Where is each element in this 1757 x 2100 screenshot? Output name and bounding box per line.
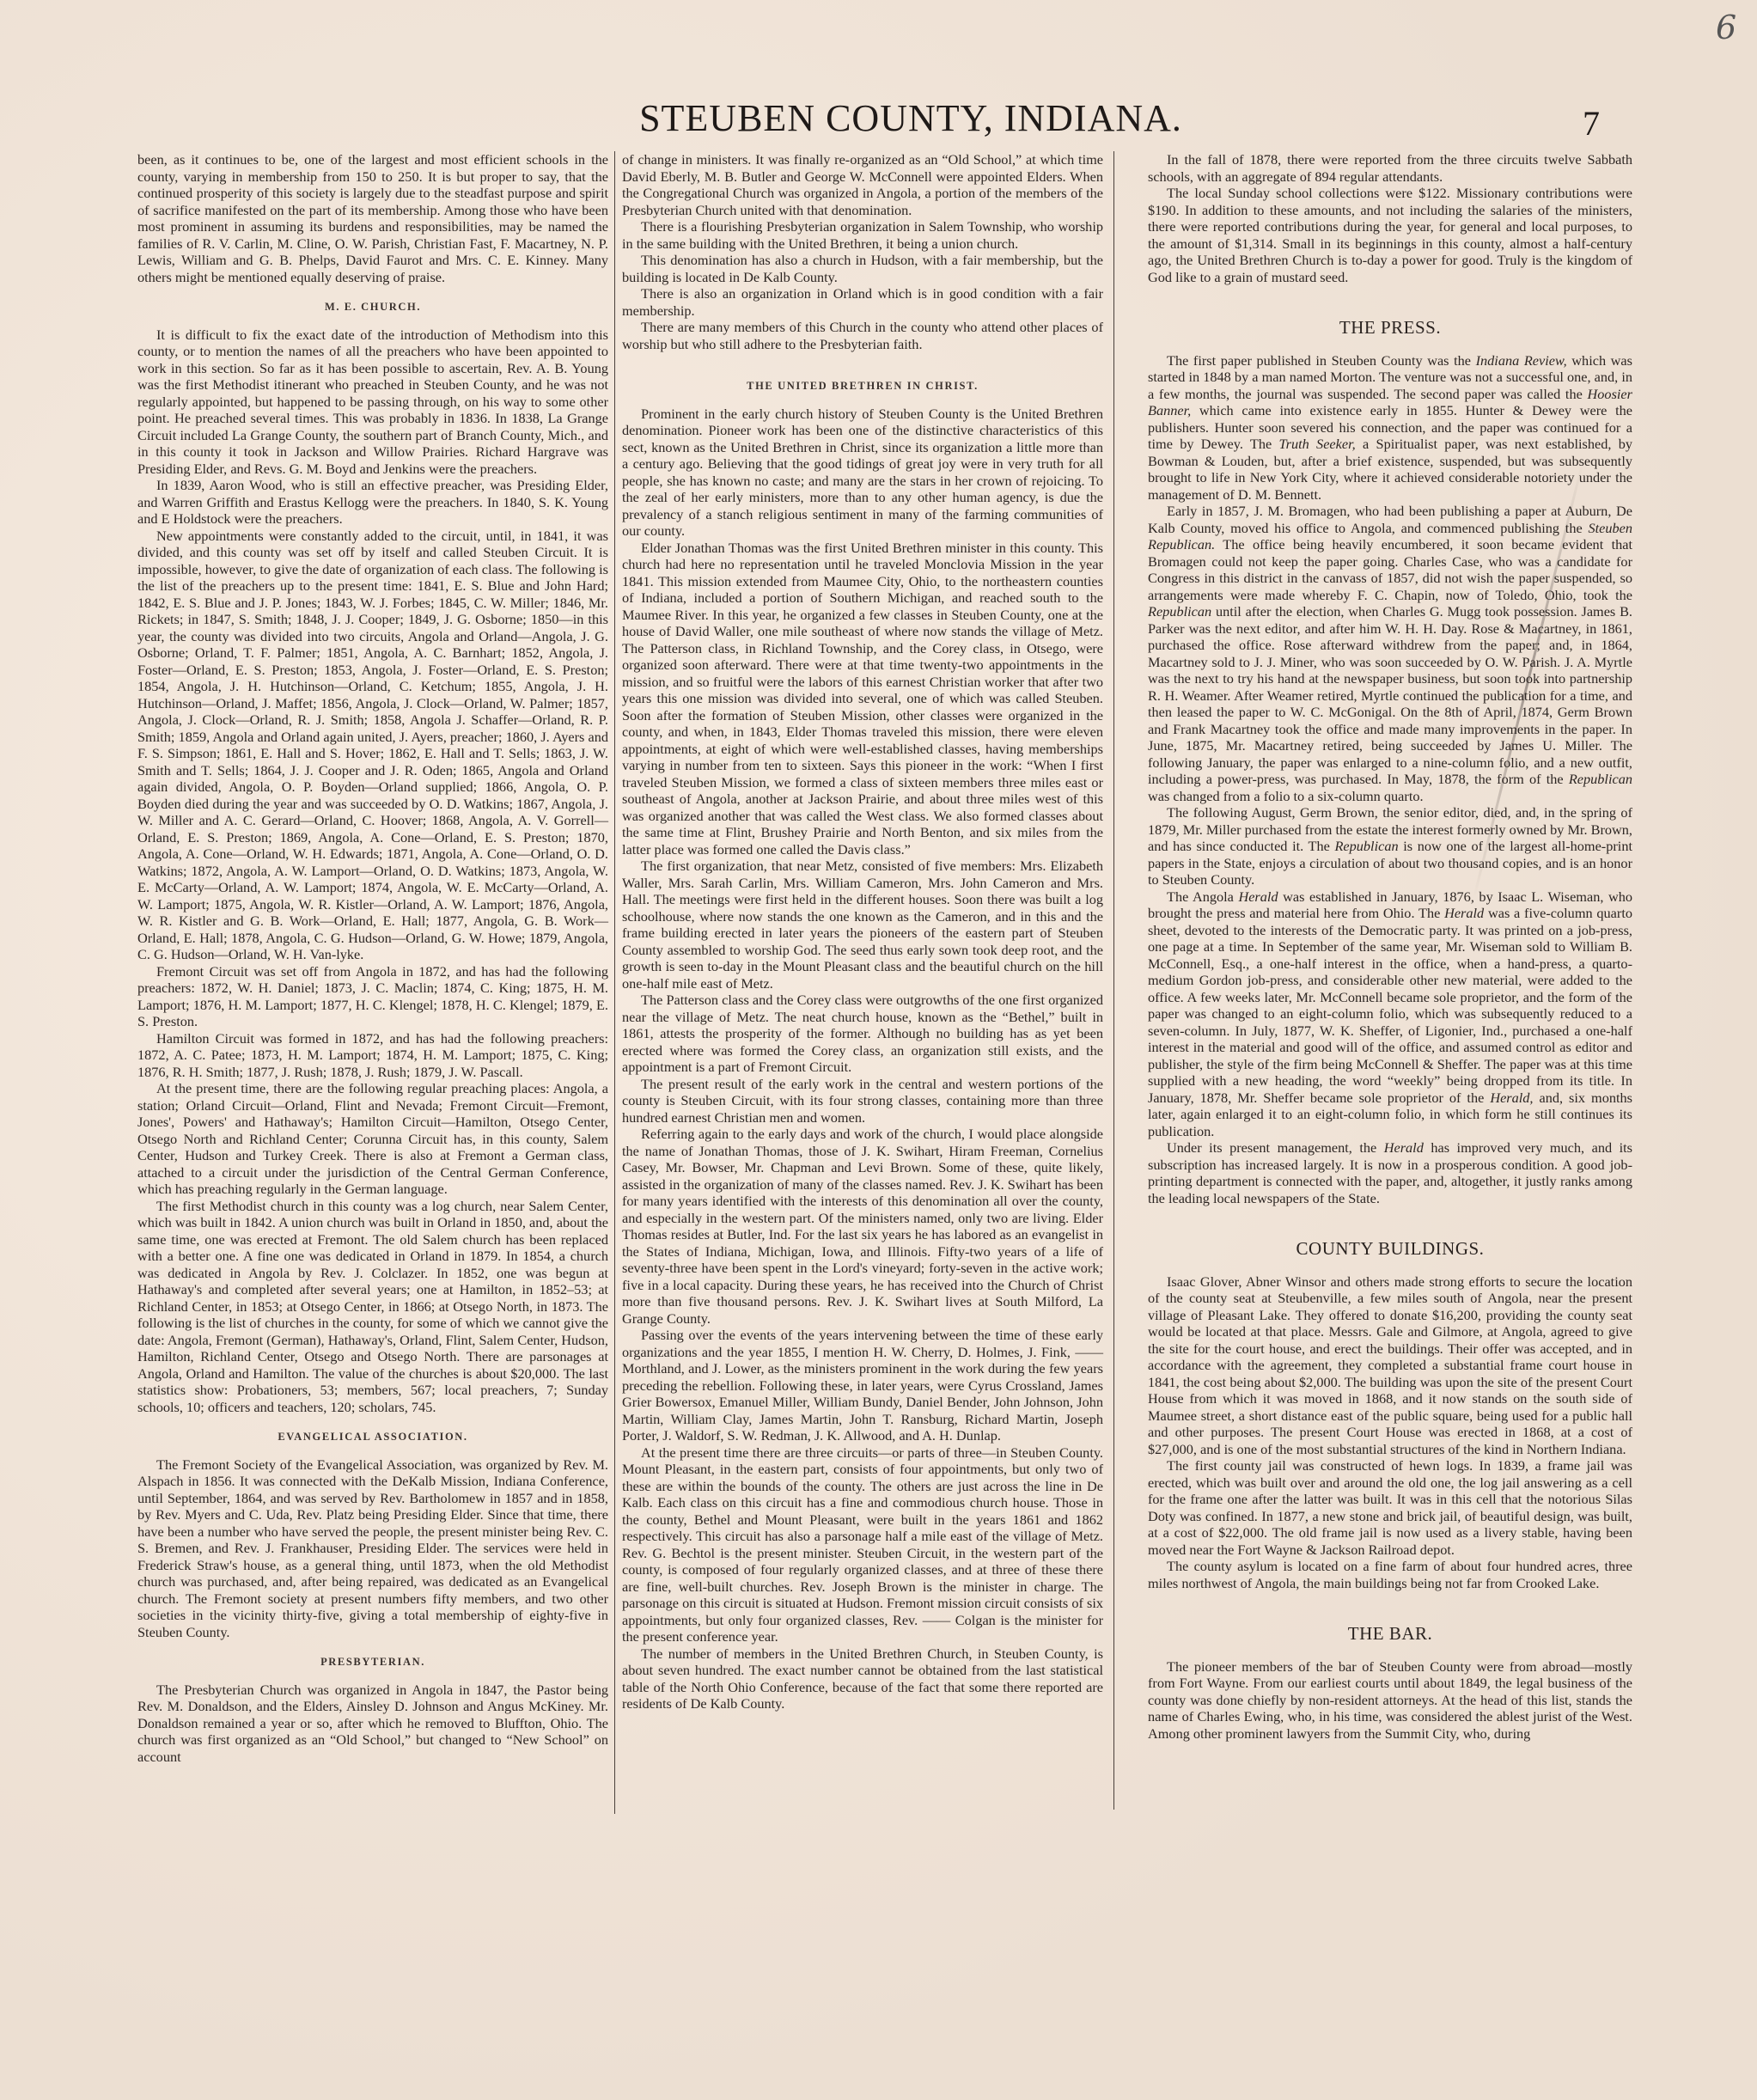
newspaper-title: Republican: [1569, 771, 1632, 787]
newspaper-title: Herald: [1384, 1139, 1424, 1156]
newspaper-title: Republican: [1334, 838, 1398, 854]
column-2: of change in ministers. It was finally r…: [622, 151, 1103, 1712]
paragraph: Hamilton Circuit was formed in 1872, and…: [137, 1030, 608, 1081]
page-header: STEUBEN COUNTY, INDIANA. 7: [0, 96, 1757, 148]
paragraph: The Fremont Society of the Evangelical A…: [137, 1456, 608, 1641]
paragraph: There is a flourishing Presbyterian orga…: [622, 218, 1103, 252]
paragraph: The first county jail was constructed of…: [1148, 1457, 1632, 1558]
paragraph: The Patterson class and the Corey class …: [622, 992, 1103, 1076]
newspaper-title: Herald: [1444, 905, 1484, 921]
paragraph: There is also an organization in Orland …: [622, 285, 1103, 319]
paragraph: New appointments were constantly added t…: [137, 528, 608, 963]
section-heading-evangelical: EVANGELICAL ASSOCIATION.: [137, 1429, 608, 1446]
paragraph: Elder Jonathan Thomas was the first Unit…: [622, 540, 1103, 858]
paragraph: Prominent in the early church history of…: [622, 406, 1103, 540]
paragraph: The number of members in the United Bret…: [622, 1645, 1103, 1712]
paragraph: This denomination has also a church in H…: [622, 252, 1103, 285]
paragraph: Early in 1857, J. M. Bromagen, who had b…: [1148, 503, 1632, 804]
paragraph: Fremont Circuit was set off from Angola …: [137, 963, 608, 1030]
paragraph: of change in ministers. It was finally r…: [622, 151, 1103, 218]
section-heading-me-church: M. E. CHURCH.: [137, 299, 608, 316]
paragraph: At the present time, there are the follo…: [137, 1080, 608, 1198]
section-heading-united-brethren: THE UNITED BRETHREN IN CHRIST.: [622, 378, 1103, 395]
section-heading-the-bar: THE BAR.: [1148, 1626, 1632, 1643]
paragraph: Referring again to the early days and wo…: [622, 1126, 1103, 1327]
paragraph: The first paper published in Steuben Cou…: [1148, 352, 1632, 504]
section-heading-county-buildings: COUNTY BUILDINGS.: [1148, 1241, 1632, 1258]
section-heading-the-press: THE PRESS.: [1148, 320, 1632, 337]
paragraph: Under its present management, the Herald…: [1148, 1139, 1632, 1206]
column-divider: [614, 151, 615, 1814]
paragraph: Isaac Glover, Abner Winsor and others ma…: [1148, 1273, 1632, 1458]
paragraph: At the present time there are three circ…: [622, 1444, 1103, 1645]
newspaper-title: Herald: [1238, 888, 1278, 905]
newspaper-title: Truth Seeker,: [1278, 436, 1355, 452]
column-3: In the fall of 1878, there were reported…: [1148, 151, 1632, 1742]
paragraph: The following August, Germ Brown, the se…: [1148, 804, 1632, 888]
paragraph: Passing over the events of the years int…: [622, 1327, 1103, 1444]
paragraph: It is difficult to fix the exact date of…: [137, 327, 608, 478]
column-divider: [1113, 151, 1114, 1810]
paragraph: The Presbyterian Church was organized in…: [137, 1682, 608, 1766]
newspaper-title: Indiana Review,: [1476, 352, 1567, 369]
section-heading-presbyterian: PRESBYTERIAN.: [137, 1654, 608, 1671]
paragraph: The present result of the early work in …: [622, 1076, 1103, 1126]
handwritten-page-mark: 6: [1716, 9, 1736, 46]
page-number: 7: [1583, 103, 1600, 143]
paragraph: In the fall of 1878, there were reported…: [1148, 151, 1632, 185]
paragraph: The first organization, that near Metz, …: [622, 858, 1103, 992]
newspaper-title: Republican: [1148, 603, 1211, 620]
paragraph: The pioneer members of the bar of Steube…: [1148, 1658, 1632, 1743]
page-title: STEUBEN COUNTY, INDIANA.: [601, 96, 1220, 140]
column-1: been, as it continues to be, one of the …: [137, 151, 608, 1765]
paragraph: The county asylum is located on a fine f…: [1148, 1558, 1632, 1591]
paragraph: The first Methodist church in this count…: [137, 1198, 608, 1416]
paragraph: In 1839, Aaron Wood, who is still an eff…: [137, 477, 608, 528]
paragraph: The local Sunday school collections were…: [1148, 185, 1632, 285]
paragraph: There are many members of this Church in…: [622, 319, 1103, 352]
paragraph: The Angola Herald was established in Jan…: [1148, 888, 1632, 1140]
newspaper-title: Herald,: [1490, 1090, 1533, 1106]
paragraph: been, as it continues to be, one of the …: [137, 151, 608, 285]
